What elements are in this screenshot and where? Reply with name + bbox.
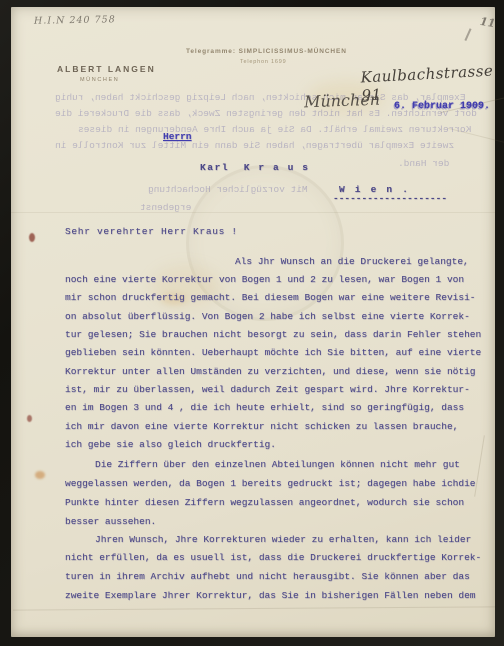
letter-line: weggelassen werden, da Bogen 1 bereits g… — [65, 478, 475, 489]
bleedthrough-line: ergebenst — [140, 202, 191, 213]
inventory-number: H.I.N 240 758 — [34, 14, 116, 26]
letter-line: nicht erfüllen, da es usuell ist, dass d… — [65, 552, 481, 563]
salutation: Sehr verehrter Herr Kraus ! — [65, 226, 238, 237]
stain — [27, 415, 32, 422]
letterhead-sender-name: ALBERT LANGEN — [57, 64, 156, 74]
letter-line: geblieben sein könnten. Ueberhaupt möcht… — [65, 347, 481, 358]
letter-line: en im Bogen 3 und 4 , die ich heute erhi… — [65, 402, 464, 413]
recipient-underline: -------------------- — [333, 193, 447, 204]
bleedthrough-line: Korrekturen zweimal erhält. Da Sie ja au… — [78, 124, 471, 135]
letter-line: on absolut überflüssig. Von Bogen 2 habe… — [65, 311, 470, 322]
bleedthrough-line: zweite Exemplar übertragen, haben Sie da… — [55, 140, 454, 151]
crease-line — [13, 606, 495, 610]
letter-line: Jhren Wunsch, Jhre Korrekturen wieder zu… — [95, 534, 471, 545]
letter-line: tur gelesen; Sie brauchen nicht besorgt … — [65, 329, 481, 340]
letter-line: Die Ziffern über den einzelnen Abteilung… — [95, 459, 460, 470]
letterhead-sender-city: MÜNCHEN — [80, 77, 119, 83]
letter-line: Punkte hinter diesen Ziffern wegzulassen… — [65, 497, 464, 508]
page-number: 11 — [479, 15, 496, 30]
bleedthrough-line: der Hand. — [398, 158, 449, 169]
recipient-prefix: Herrn — [163, 131, 192, 142]
handwritten-city: München — [304, 90, 381, 112]
crease-line — [11, 212, 495, 213]
date-stamp: 6. Februar 1909. — [394, 101, 490, 112]
letter-line: Korrektur unter allen Umständen zu verzi… — [65, 366, 475, 377]
letter-page: Exemplar, das Sie an mich schickten, nac… — [11, 7, 495, 637]
bleedthrough-line: Mit vorzüglicher Hochachtung — [148, 184, 308, 195]
stain — [29, 233, 35, 242]
letter-line: ich mir davon eine vierte Korrektur nich… — [65, 421, 458, 432]
letter-line: mir schon druckfertig gemacht. Bei diese… — [65, 292, 475, 303]
letterhead-telephone: Telephon 1699 — [240, 59, 287, 65]
handwritten-street: Kaulbachstrasse 91 — [360, 62, 496, 105]
recipient-name: Karl K r a u s — [200, 162, 310, 173]
letter-line: Als Jhr Wunsch an die Druckerei gelangte… — [235, 256, 469, 267]
letter-line: zweite Exemplare Jhrer Korrektur, das Si… — [65, 590, 475, 601]
crease-line — [474, 435, 485, 496]
scan-mount: Exemplar, das Sie an mich schickten, nac… — [0, 0, 504, 646]
letterhead-telegram: Telegramme: SIMPLICISSIMUS-MÜNCHEN — [186, 48, 347, 55]
pencil-stroke — [464, 28, 471, 40]
letter-line: besser aussehen. — [65, 516, 156, 527]
letter-line: noch eine vierte Korrektur von Bogen 1 u… — [65, 274, 464, 285]
stain — [35, 471, 45, 479]
letter-line: turen in ihrem Archiv aufhebt und nicht … — [65, 571, 470, 582]
letter-line: ich gebe sie also gleich druckfertig. — [65, 439, 276, 450]
letter-line: ist, mir zu überlassen, weil dadurch Zei… — [65, 384, 470, 395]
